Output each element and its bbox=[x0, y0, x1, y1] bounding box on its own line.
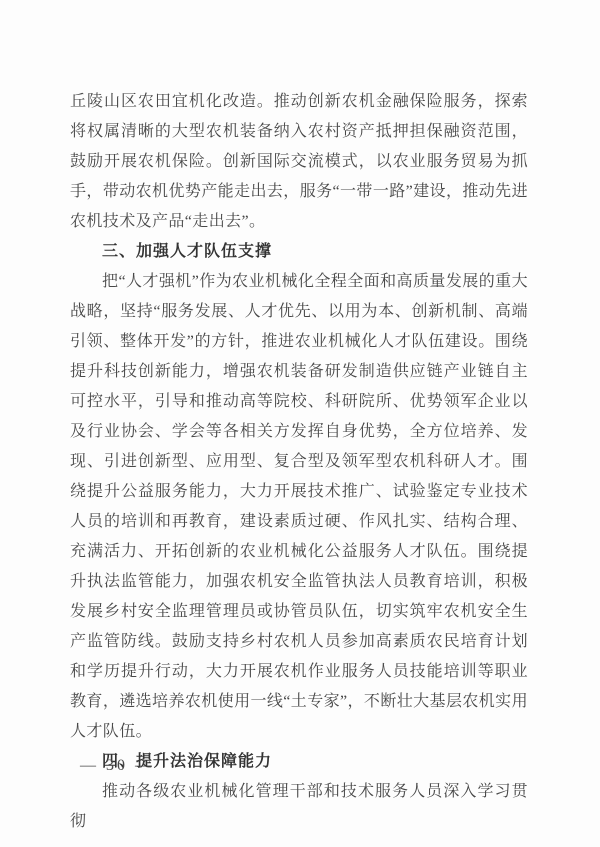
page-number: — 30 — bbox=[80, 757, 154, 775]
document-page: 丘陵山区农田宜机化改造。推动创新农机金融保险服务，探索将权属清晰的大型农机装备纳… bbox=[0, 0, 600, 847]
paragraph-section3-body: 把“人才强机”作为农业机械化全程全面和高质量发展的重大战略，坚持“服务发展、人才… bbox=[70, 267, 528, 747]
paragraph-section4-body: 推动各级农业机械化管理干部和技术服务人员深入学习贯彻 bbox=[70, 777, 528, 837]
document-body: 丘陵山区农田宜机化改造。推动创新农机金融保险服务，探索将权属清晰的大型农机装备纳… bbox=[70, 87, 528, 837]
section-heading-3: 三、加强人才队伍支撑 bbox=[70, 237, 528, 267]
paragraph-continuation: 丘陵山区农田宜机化改造。推动创新农机金融保险服务，探索将权属清晰的大型农机装备纳… bbox=[70, 87, 528, 237]
